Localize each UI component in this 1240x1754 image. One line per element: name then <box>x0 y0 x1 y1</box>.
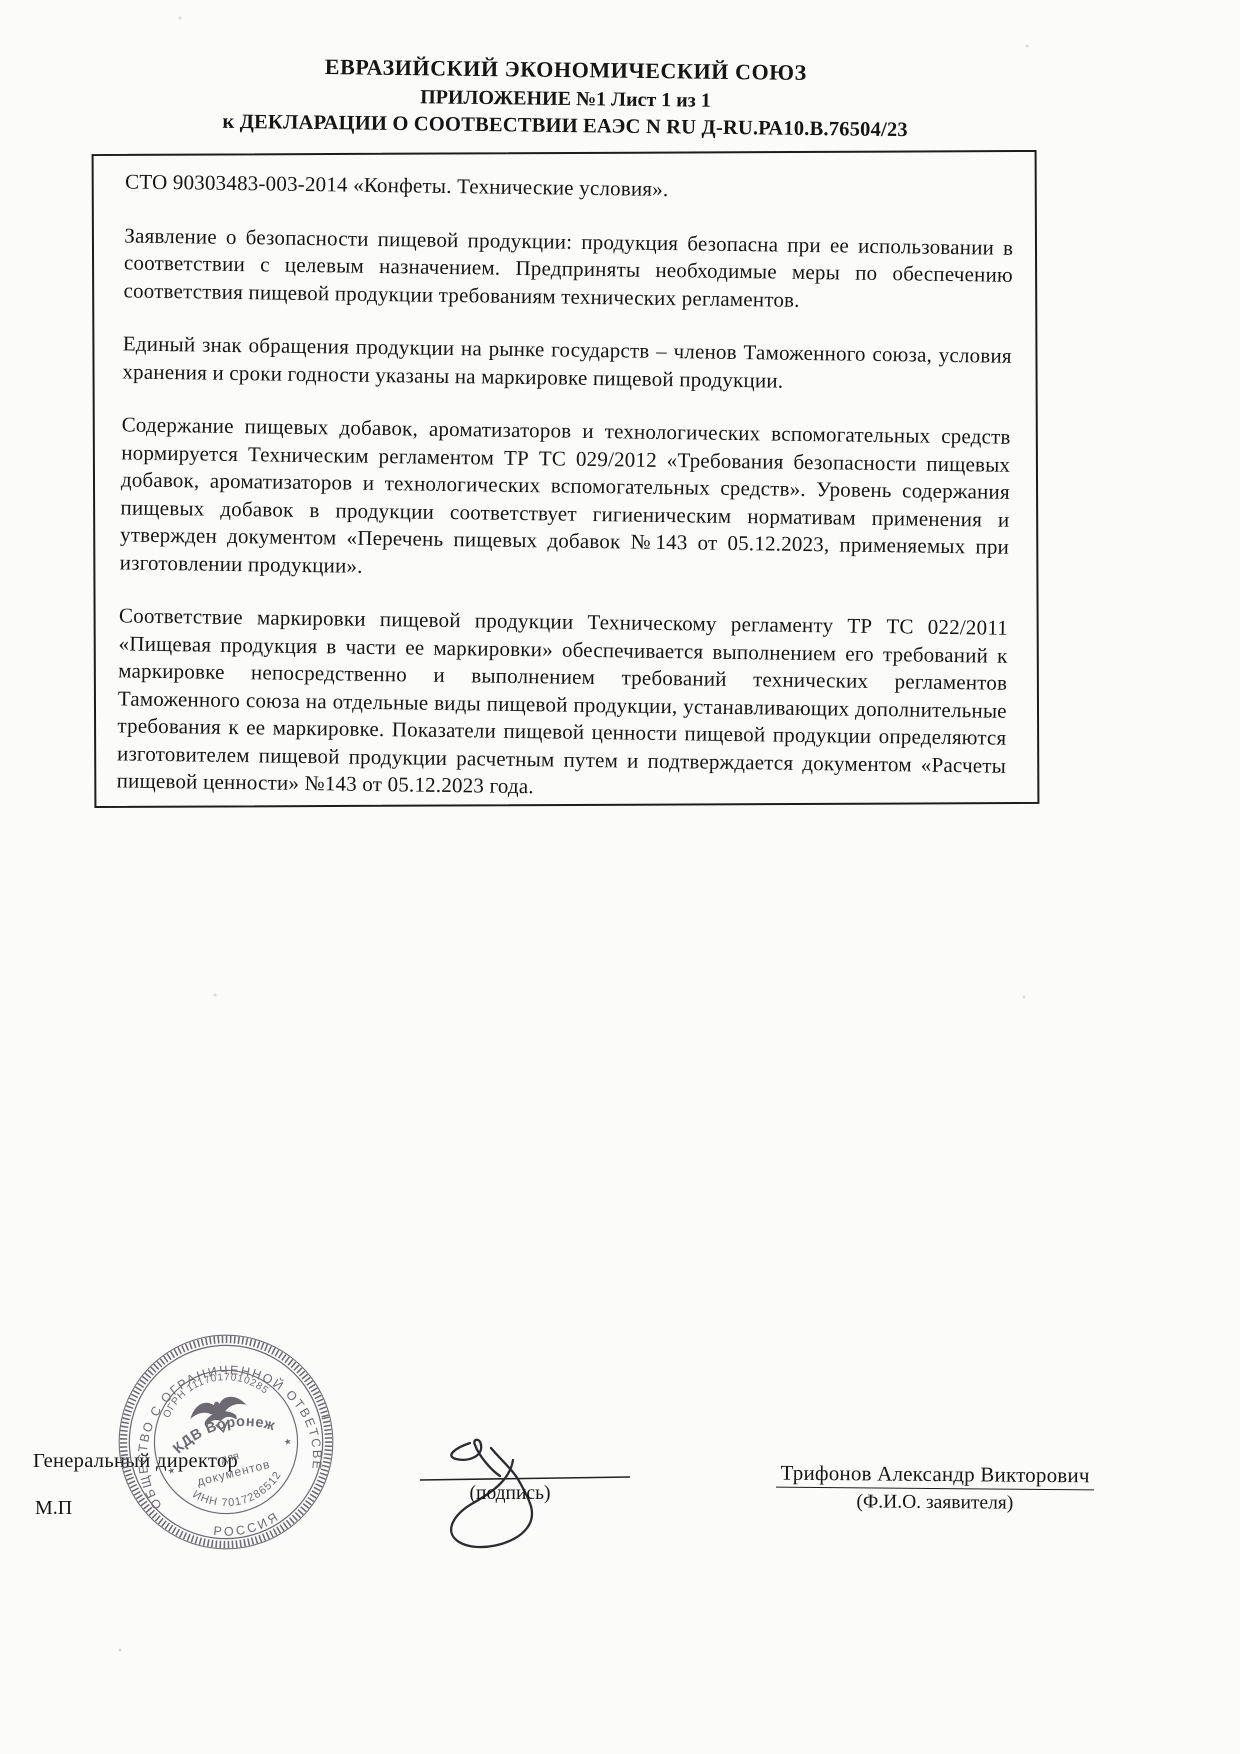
applicant-name: Трифонов Александр Викторович <box>776 1461 1093 1491</box>
document-header: ЕВРАЗИЙСКИЙ ЭКОНОМИЧЕСКИЙ СОЮЗ ПРИЛОЖЕНИ… <box>93 51 1039 145</box>
signature-line <box>420 1477 630 1480</box>
paragraph-standard: СТО 90303483-003-2014 «Конфеты. Техничес… <box>125 168 1014 208</box>
stamp-star-right-icon: ★ <box>283 1436 293 1448</box>
paragraph-additives: Содержание пищевых добавок, ароматизатор… <box>120 411 1011 588</box>
applicant-block: Трифонов Александр Викторович (Ф.И.О. за… <box>755 1460 1115 1515</box>
paragraph-safety-statement: Заявление о безопасности пищевой продукц… <box>123 222 1013 317</box>
applicant-caption: (Ф.И.О. заявителя) <box>755 1490 1115 1515</box>
signature-stroke-upper <box>451 1440 500 1476</box>
stamp-center-line2: для <box>220 1450 241 1466</box>
content-box: СТО 90303483-003-2014 «Конфеты. Техничес… <box>92 150 1040 808</box>
company-stamp: ОБЩЕСТВО С ОГРАНИЧЕННОЙ ОТВЕТСВЕННОСТЬЮ … <box>110 1326 342 1558</box>
paragraph-eac-mark: Единый знак обращения продукции на рынке… <box>122 330 1012 397</box>
content-box-inner: СТО 90303483-003-2014 «Конфеты. Техничес… <box>91 156 1041 808</box>
scanned-declaration-page: ЕВРАЗИЙСКИЙ ЭКОНОМИЧЕСКИЙ СОЮЗ ПРИЛОЖЕНИ… <box>0 0 1240 1754</box>
stamp-place-label: М.П <box>35 1497 72 1520</box>
paragraph-labeling: Соответствие маркировки пищевой продукци… <box>117 602 1009 807</box>
signature-caption: (подпись) <box>430 1483 590 1505</box>
stamp-star-left-icon: ★ <box>166 1465 176 1477</box>
